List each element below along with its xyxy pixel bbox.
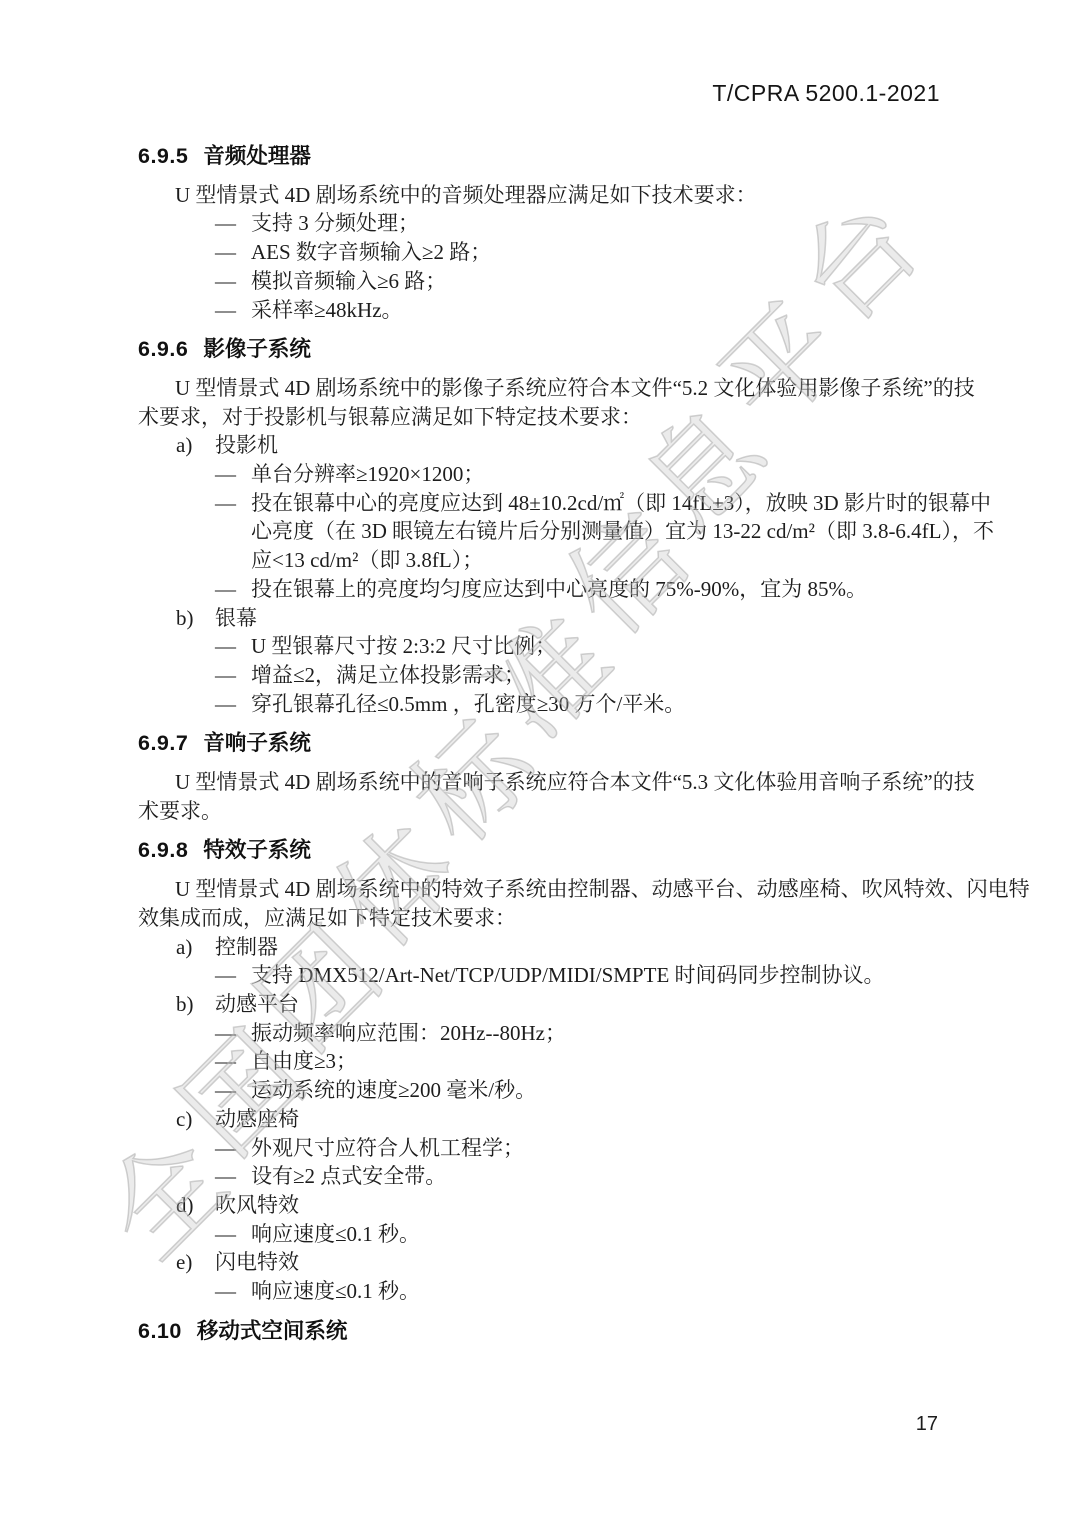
dash-item-text: 模拟音频输入≥6 路； (251, 267, 950, 296)
paragraph-line: 术要求。 (138, 797, 950, 826)
letter-label: b) (176, 604, 215, 633)
dash-item: —单台分辨率≥1920×1200； (138, 460, 950, 489)
dash-item-line: 响应速度≤0.1 秒。 (251, 1277, 950, 1306)
dash-item-text: 采样率≥48kHz。 (251, 296, 950, 325)
dash-glyph: — (215, 1047, 251, 1076)
list-letter-item: d)吹风特效 (138, 1191, 950, 1220)
dash-item-line: 投在银幕上的亮度均匀度应达到中心亮度的 75%-90%，宜为 85%。 (251, 575, 950, 604)
dash-glyph: — (215, 460, 251, 489)
dash-item: —AES 数字音频输入≥2 路； (138, 238, 950, 267)
letter-label: d) (176, 1191, 215, 1220)
item-label: 动感座椅 (215, 1105, 299, 1134)
dash-item: —U 型银幕尺寸按 2:3:2 尺寸比例； (138, 632, 950, 661)
dash-item-text: 投在银幕上的亮度均匀度应达到中心亮度的 75%-90%，宜为 85%。 (251, 575, 950, 604)
dash-item-text: 增益≤2，满足立体投影需求； (251, 661, 950, 690)
dash-item-line: 振动频率响应范围：20Hz--80Hz； (251, 1019, 950, 1048)
dash-glyph: — (215, 575, 251, 604)
paragraph: U 型情景式 4D 剧场系统中的特效子系统由控制器、动感平台、动感座椅、吹风特效… (138, 875, 950, 932)
dash-item: —采样率≥48kHz。 (138, 296, 950, 325)
item-label: 投影机 (215, 431, 278, 460)
dash-item-text: 运动系统的速度≥200 毫米/秒。 (251, 1076, 950, 1105)
dash-item-line: 自由度≥3； (251, 1047, 950, 1076)
section-heading: 6.9.8特效子系统 (138, 836, 950, 865)
dash-item: —投在银幕中心的亮度应达到 48±10.2cd/㎡（即 14fL±3），放映 3… (138, 489, 950, 575)
dash-item-text: 振动频率响应范围：20Hz--80Hz； (251, 1019, 950, 1048)
dash-item: —自由度≥3； (138, 1047, 950, 1076)
section-6.9.6: 6.9.6影像子系统U 型情景式 4D 剧场系统中的影像子系统应符合本文件“5.… (138, 335, 950, 718)
page-number: 17 (916, 1413, 938, 1436)
list-letter-item: c)动感座椅 (138, 1105, 950, 1134)
dash-item: —运动系统的速度≥200 毫米/秒。 (138, 1076, 950, 1105)
paragraph-line: U 型情景式 4D 剧场系统中的音频处理器应满足如下技术要求： (138, 181, 950, 210)
dash-item-line: 支持 DMX512/Art-Net/TCP/UDP/MIDI/SMPTE 时间码… (251, 961, 950, 990)
dash-item: —响应速度≤0.1 秒。 (138, 1220, 950, 1249)
dash-item-text: 响应速度≤0.1 秒。 (251, 1220, 950, 1249)
dash-item: —投在银幕上的亮度均匀度应达到中心亮度的 75%-90%，宜为 85%。 (138, 575, 950, 604)
dash-item: —支持 3 分频处理； (138, 209, 950, 238)
dash-item-text: 投在银幕中心的亮度应达到 48±10.2cd/㎡（即 14fL±3），放映 3D… (251, 489, 950, 575)
section-6.9.5: 6.9.5音频处理器U 型情景式 4D 剧场系统中的音频处理器应满足如下技术要求… (138, 142, 950, 324)
dash-item-text: 支持 DMX512/Art-Net/TCP/UDP/MIDI/SMPTE 时间码… (251, 961, 950, 990)
item-label: 银幕 (215, 604, 257, 633)
paragraph-line: 术要求，对于投影机与银幕应满足如下特定技术要求： (138, 403, 950, 432)
paragraph: U 型情景式 4D 剧场系统中的音频处理器应满足如下技术要求： (138, 181, 950, 210)
dash-item-line: 单台分辨率≥1920×1200； (251, 460, 950, 489)
dash-item-line: AES 数字音频输入≥2 路； (251, 238, 950, 267)
list-letter-item: b)银幕 (138, 604, 950, 633)
dash-glyph: — (215, 690, 251, 719)
dash-item-line: 支持 3 分频处理； (251, 209, 950, 238)
section-6.10: 6.10移动式空间系统 (138, 1317, 950, 1346)
letter-label: a) (176, 431, 215, 460)
dash-glyph: — (215, 1019, 251, 1048)
section-title: 音响子系统 (203, 731, 311, 755)
section-heading: 6.9.7音响子系统 (138, 729, 950, 758)
section-number: 6.9.6 (138, 337, 188, 361)
list-letter-item: e)闪电特效 (138, 1248, 950, 1277)
paragraph-line: U 型情景式 4D 剧场系统中的影像子系统应符合本文件“5.2 文化体验用影像子… (138, 374, 950, 403)
dash-glyph: — (215, 632, 251, 661)
dash-item-text: 支持 3 分频处理； (251, 209, 950, 238)
dash-glyph: — (215, 238, 251, 267)
dash-item: —振动频率响应范围：20Hz--80Hz； (138, 1019, 950, 1048)
dash-item: —模拟音频输入≥6 路； (138, 267, 950, 296)
section-heading: 6.9.5音频处理器 (138, 142, 950, 171)
dash-item-line: 响应速度≤0.1 秒。 (251, 1220, 950, 1249)
dash-item: —穿孔银幕孔径≤0.5mm ，孔密度≥30 万个/平米。 (138, 690, 950, 719)
item-label: 闪电特效 (215, 1248, 299, 1277)
section-6.9.7: 6.9.7音响子系统U 型情景式 4D 剧场系统中的音响子系统应符合本文件“5.… (138, 729, 950, 825)
dash-item-text: 穿孔银幕孔径≤0.5mm ，孔密度≥30 万个/平米。 (251, 690, 950, 719)
dash-glyph: — (215, 1076, 251, 1105)
letter-label: a) (176, 933, 215, 962)
dash-item-line: 模拟音频输入≥6 路； (251, 267, 950, 296)
dash-item-line: U 型银幕尺寸按 2:3:2 尺寸比例； (251, 632, 950, 661)
section-number: 6.9.8 (138, 838, 188, 862)
section-6.9.8: 6.9.8特效子系统U 型情景式 4D 剧场系统中的特效子系统由控制器、动感平台… (138, 836, 950, 1305)
dash-item-line: 投在银幕中心的亮度应达到 48±10.2cd/㎡（即 14fL±3），放映 3D… (251, 489, 950, 518)
list-letter-item: a)控制器 (138, 933, 950, 962)
dash-glyph: — (215, 296, 251, 325)
letter-label: b) (176, 990, 215, 1019)
dash-item-line: 穿孔银幕孔径≤0.5mm ，孔密度≥30 万个/平米。 (251, 690, 950, 719)
letter-label: e) (176, 1248, 215, 1277)
section-heading: 6.9.6影像子系统 (138, 335, 950, 364)
paragraph-line: U 型情景式 4D 剧场系统中的音响子系统应符合本文件“5.3 文化体验用音响子… (138, 768, 950, 797)
section-number: 6.9.5 (138, 144, 188, 168)
dash-item: —外观尺寸应符合人机工程学； (138, 1134, 950, 1163)
dash-glyph: — (215, 1162, 251, 1191)
dash-item: —响应速度≤0.1 秒。 (138, 1277, 950, 1306)
dash-item: —设有≥2 点式安全带。 (138, 1162, 950, 1191)
dash-item: —增益≤2，满足立体投影需求； (138, 661, 950, 690)
section-heading: 6.10移动式空间系统 (138, 1317, 950, 1346)
dash-item-text: 外观尺寸应符合人机工程学； (251, 1134, 950, 1163)
dash-glyph: — (215, 1277, 251, 1306)
dash-glyph: — (215, 1134, 251, 1163)
dash-item-line: 增益≤2，满足立体投影需求； (251, 661, 950, 690)
dash-item-text: AES 数字音频输入≥2 路； (251, 238, 950, 267)
dash-glyph: — (215, 961, 251, 990)
dash-item-text: 响应速度≤0.1 秒。 (251, 1277, 950, 1306)
dash-item-text: U 型银幕尺寸按 2:3:2 尺寸比例； (251, 632, 950, 661)
dash-glyph: — (215, 267, 251, 296)
paragraph: U 型情景式 4D 剧场系统中的音响子系统应符合本文件“5.3 文化体验用音响子… (138, 768, 950, 825)
dash-item-text: 单台分辨率≥1920×1200； (251, 460, 950, 489)
section-title: 音频处理器 (203, 144, 311, 168)
dash-item-text: 设有≥2 点式安全带。 (251, 1162, 950, 1191)
paragraph-line: 效集成而成，应满足如下特定技术要求： (138, 904, 950, 933)
dash-glyph: — (215, 489, 251, 575)
section-title: 移动式空间系统 (197, 1319, 348, 1343)
item-label: 动感平台 (215, 990, 299, 1019)
list-letter-item: a)投影机 (138, 431, 950, 460)
standard-code-header: T/CPRA 5200.1-2021 (712, 80, 940, 107)
section-number: 6.10 (138, 1319, 182, 1343)
letter-label: c) (176, 1105, 215, 1134)
dash-item-text: 自由度≥3； (251, 1047, 950, 1076)
item-label: 吹风特效 (215, 1191, 299, 1220)
dash-item-line: 应<13 cd/m²（即 3.8fL）； (251, 546, 950, 575)
section-number: 6.9.7 (138, 731, 188, 755)
dash-item-line: 运动系统的速度≥200 毫米/秒。 (251, 1076, 950, 1105)
list-letter-item: b)动感平台 (138, 990, 950, 1019)
dash-glyph: — (215, 1220, 251, 1249)
dash-item-line: 外观尺寸应符合人机工程学； (251, 1134, 950, 1163)
document-page: T/CPRA 5200.1-2021 6.9.5音频处理器U 型情景式 4D 剧… (0, 0, 1080, 1528)
dash-item-line: 设有≥2 点式安全带。 (251, 1162, 950, 1191)
document-content: 6.9.5音频处理器U 型情景式 4D 剧场系统中的音频处理器应满足如下技术要求… (138, 131, 950, 1355)
paragraph: U 型情景式 4D 剧场系统中的影像子系统应符合本文件“5.2 文化体验用影像子… (138, 374, 950, 431)
dash-item: —支持 DMX512/Art-Net/TCP/UDP/MIDI/SMPTE 时间… (138, 961, 950, 990)
paragraph-line: U 型情景式 4D 剧场系统中的特效子系统由控制器、动感平台、动感座椅、吹风特效… (138, 875, 950, 904)
section-title: 影像子系统 (203, 337, 311, 361)
dash-glyph: — (215, 209, 251, 238)
dash-item-line: 采样率≥48kHz。 (251, 296, 950, 325)
section-title: 特效子系统 (203, 838, 311, 862)
dash-glyph: — (215, 661, 251, 690)
item-label: 控制器 (215, 933, 278, 962)
dash-item-line: 心亮度（在 3D 眼镜左右镜片后分别测量值）宜为 13-22 cd/m²（即 3… (251, 517, 950, 546)
